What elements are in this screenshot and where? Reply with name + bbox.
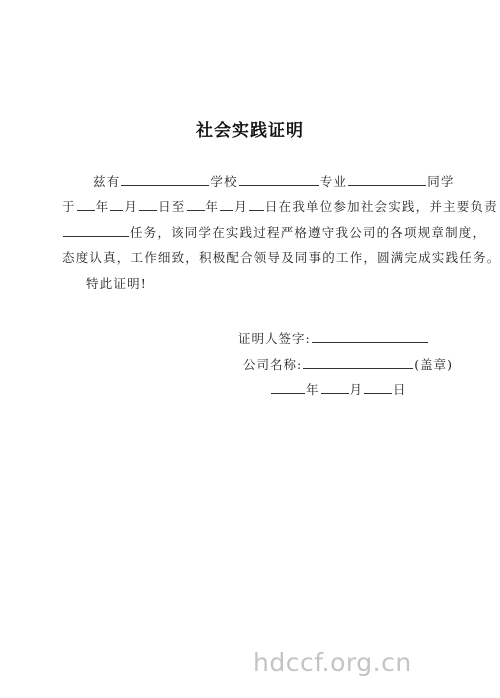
end-day-blank[interactable] <box>249 198 264 211</box>
school-label: 学校 <box>210 174 237 189</box>
certificate-page: 社会实践证明 兹有学校专业同学 于年月日至年月日在我单位参加社会实践，并主要负责… <box>0 0 500 698</box>
student-name-blank[interactable] <box>121 173 209 186</box>
school-blank[interactable] <box>239 173 319 186</box>
company-name-blank[interactable] <box>303 356 413 369</box>
sign-month-label: 月 <box>350 382 364 397</box>
line2-suffix: 日在我单位参加社会实践，并主要负责 <box>265 199 498 214</box>
major-blank[interactable] <box>348 173 426 186</box>
from-prefix: 于 <box>62 199 76 214</box>
closing-text: 特此证明! <box>86 276 147 291</box>
sign-year-blank[interactable] <box>271 381 305 394</box>
end-year-blank[interactable] <box>187 198 205 211</box>
certifier-signature-blank[interactable] <box>312 330 428 343</box>
body-line-5: 特此证明! <box>86 276 147 292</box>
sign-day-blank[interactable] <box>364 381 392 394</box>
major-label: 专业 <box>320 174 347 189</box>
start-day-to-label: 日至 <box>158 199 185 214</box>
end-month-label: 月 <box>234 199 248 214</box>
document-title: 社会实践证明 <box>0 116 500 141</box>
body-line-1: 兹有学校专业同学 <box>93 173 455 190</box>
intro-text: 兹有 <box>93 174 120 189</box>
certifier-label: 证明人签字: <box>238 331 311 346</box>
start-month-blank[interactable] <box>110 198 123 211</box>
start-month-label: 月 <box>124 199 138 214</box>
end-year-label: 年 <box>206 199 220 214</box>
certifier-signature-row: 证明人签字: <box>238 330 429 347</box>
task-blank[interactable] <box>63 224 129 237</box>
start-year-blank[interactable] <box>77 198 95 211</box>
sign-month-blank[interactable] <box>321 381 349 394</box>
sign-year-label: 年 <box>306 382 320 397</box>
line3-suffix: 任务，该同学在实践过程严格遵守我公司的各项规章制度， <box>130 225 486 240</box>
start-day-blank[interactable] <box>139 198 157 211</box>
student-label: 同学 <box>427 174 454 189</box>
body-line-2: 于年月日至年月日在我单位参加社会实践，并主要负责 <box>62 198 498 215</box>
company-name-row: 公司名称:(盖章) <box>243 356 453 373</box>
body-line-4: 态度认真，工作细致，积极配合领导及同事的工作，圆满完成实践任务。 <box>62 250 500 266</box>
sign-day-label: 日 <box>393 382 407 397</box>
company-label: 公司名称: <box>243 357 302 372</box>
seal-label: (盖章) <box>414 357 453 372</box>
site-watermark: hdccf.org.cn <box>253 648 412 677</box>
start-year-label: 年 <box>96 199 110 214</box>
end-month-blank[interactable] <box>220 198 233 211</box>
signature-date-row: 年月日 <box>270 381 407 398</box>
body-line-3: 任务，该同学在实践过程严格遵守我公司的各项规章制度， <box>62 224 486 241</box>
line4-text: 态度认真，工作细致，积极配合领导及同事的工作，圆满完成实践任务。 <box>62 250 500 265</box>
